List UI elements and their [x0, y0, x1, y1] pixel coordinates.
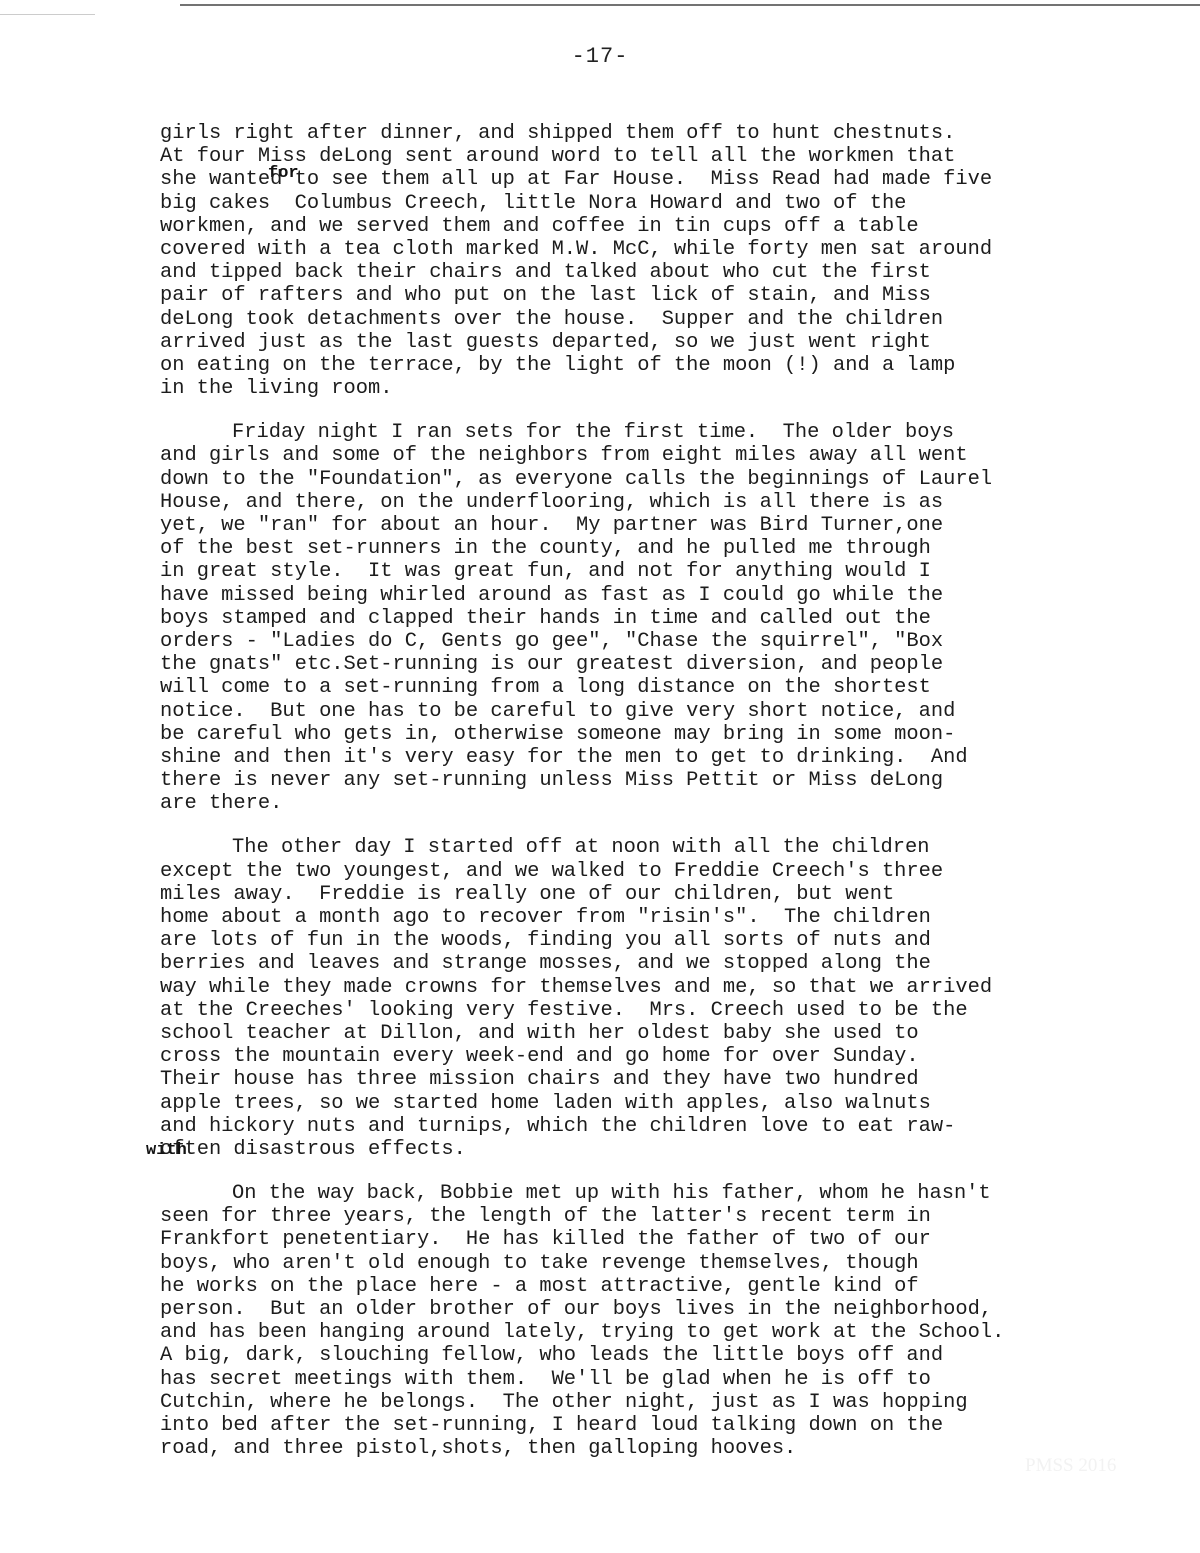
text-line: big cakes Columbus Creech, little Nora H…	[160, 192, 1160, 215]
text-line: be careful who gets in, otherwise someon…	[160, 723, 1160, 746]
text-line: way while they made crowns for themselve…	[160, 976, 1160, 999]
text-line: home about a month ago to recover from "…	[160, 906, 1160, 929]
text-line: orders - "Ladies do C, Gents go gee", "C…	[160, 630, 1160, 653]
text-line: boys, who aren't old enough to take reve…	[160, 1252, 1160, 1275]
text-line: school teacher at Dillon, and with her o…	[160, 1022, 1160, 1045]
text-line: person. But an older brother of our boys…	[160, 1298, 1160, 1321]
text-line: in the living room.	[160, 377, 1160, 400]
text-line: On the way back, Bobbie met up with his …	[160, 1182, 1160, 1205]
paragraph-2: Friday night I ran sets for the first ti…	[160, 421, 1160, 815]
text-line: the gnats" etc.Set-running is our greate…	[160, 653, 1160, 676]
text-line: covered with a tea cloth marked M.W. McC…	[160, 238, 1160, 261]
text-line: will come to a set-running from a long d…	[160, 676, 1160, 699]
text-line: yet, we "ran" for about an hour. My part…	[160, 514, 1160, 537]
text-line: apple trees, so we started home laden wi…	[160, 1092, 1160, 1115]
page-number: -17-	[0, 44, 1200, 69]
text-line: he works on the place here - a most attr…	[160, 1275, 1160, 1298]
text-line: cross the mountain every week-end and go…	[160, 1045, 1160, 1068]
text-line: shine and then it's very easy for the me…	[160, 746, 1160, 769]
text-line: arrived just as the last guests departed…	[160, 331, 1160, 354]
text-line: down to the "Foundation", as everyone ca…	[160, 468, 1160, 491]
text-line: she wanted to see them all up at Far Hou…	[160, 168, 1160, 191]
text-line: there is never any set-running unless Mi…	[160, 769, 1160, 792]
watermark: PMSS 2016	[1025, 1455, 1116, 1477]
text-line: are there.	[160, 792, 1160, 815]
text-line: At four Miss deLong sent around word to …	[160, 145, 1160, 168]
text-line: have missed being whirled around as fast…	[160, 584, 1160, 607]
text-line: into bed after the set-running, I heard …	[160, 1414, 1160, 1437]
scan-edge-line	[0, 14, 95, 15]
scan-edge-line	[180, 4, 1200, 6]
text-line: often disastrous effects.	[160, 1138, 1160, 1161]
text-line: road, and three pistol,shots, then gallo…	[160, 1437, 1160, 1460]
text-line: Their house has three mission chairs and…	[160, 1068, 1160, 1091]
text-line: and tipped back their chairs and talked …	[160, 261, 1160, 284]
text-line: boys stamped and clapped their hands in …	[160, 607, 1160, 630]
text-line: workmen, and we served them and coffee i…	[160, 215, 1160, 238]
text-line: girls right after dinner, and shipped th…	[160, 122, 1160, 145]
text-line: Cutchin, where he belongs. The other nig…	[160, 1391, 1160, 1414]
text-line: except the two youngest, and we walked t…	[160, 860, 1160, 883]
text-line: notice. But one has to be careful to giv…	[160, 700, 1160, 723]
text-line: has secret meetings with them. We'll be …	[160, 1368, 1160, 1391]
text-line: of the best set-runners in the county, a…	[160, 537, 1160, 560]
text-line: House, and there, on the underflooring, …	[160, 491, 1160, 514]
text-line: and hickory nuts and turnips, which the …	[160, 1115, 1160, 1138]
paragraph-1: girls right after dinner, and shipped th…	[160, 122, 1160, 400]
text-line: seen for three years, the length of the …	[160, 1205, 1160, 1228]
text-line: on eating on the terrace, by the light o…	[160, 354, 1160, 377]
paragraph-3: The other day I started off at noon with…	[160, 836, 1160, 1161]
text-line: The other day I started off at noon with…	[160, 836, 1160, 859]
text-line: and girls and some of the neighbors from…	[160, 444, 1160, 467]
paragraph-4: On the way back, Bobbie met up with his …	[160, 1182, 1160, 1460]
text-line: Friday night I ran sets for the first ti…	[160, 421, 1160, 444]
text-line: Frankfort penetentiary. He has killed th…	[160, 1228, 1160, 1251]
text-line: at the Creeches' looking very festive. M…	[160, 999, 1160, 1022]
text-line: are lots of fun in the woods, finding yo…	[160, 929, 1160, 952]
text-line: pair of rafters and who put on the last …	[160, 284, 1160, 307]
text-line: in great style. It was great fun, and no…	[160, 560, 1160, 583]
letter-body: girls right after dinner, and shipped th…	[160, 122, 1160, 1481]
text-line: and has been hanging around lately, tryi…	[160, 1321, 1160, 1344]
text-line: miles away. Freddie is really one of our…	[160, 883, 1160, 906]
text-line: berries and leaves and strange mosses, a…	[160, 952, 1160, 975]
text-line: A big, dark, slouching fellow, who leads…	[160, 1344, 1160, 1367]
text-line: deLong took detachments over the house. …	[160, 308, 1160, 331]
